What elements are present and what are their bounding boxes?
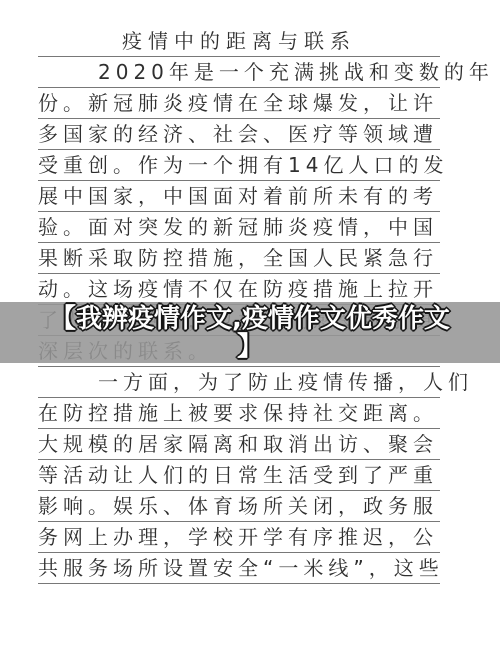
essay-line: 共服务场所设置安全“一米线”，这些	[38, 553, 440, 584]
essay-line: 份。新冠肺炎疫情在全球爆发，让许	[38, 88, 440, 119]
watermark-text-line1: 【我辨疫情作文,疫情作文优秀作文	[50, 305, 450, 333]
essay-line: 大规模的居家隔离和取消出访、聚会	[38, 429, 440, 460]
essay-line: 一方面，为了防止疫情传播，人们	[38, 367, 440, 398]
notebook-page: 疫情中的距离与联系 2020年是一个充满挑战和变数的年 份。新冠肺炎疫情在全球爆…	[0, 0, 500, 666]
watermark-text-line2: 】	[237, 333, 263, 361]
essay-line: 验。面对突发的新冠肺炎疫情，中国	[38, 212, 440, 243]
essay-line: 在防控措施上被要求保持社交距离。	[38, 398, 440, 429]
essay-line: 受重创。作为一个拥有14亿人口的发	[38, 150, 440, 181]
essay-line: 动。这场疫情不仅在防疫措施上拉开	[38, 274, 440, 305]
essay-line: 果断采取防控措施，全国人民紧急行	[38, 243, 440, 274]
essay-line: 等活动让人们的日常生活受到了严重	[38, 460, 440, 491]
essay-line: 展中国家，中国面对着前所未有的考	[38, 181, 440, 212]
essay-line: 务网上办理，学校开学有序推迟，公	[38, 522, 440, 553]
watermark-banner: 【我辨疫情作文,疫情作文优秀作文 】	[0, 302, 500, 363]
title-row: 疫情中的距离与联系	[38, 26, 440, 57]
essay-line: 影响。娱乐、体育场所关闭，政务服	[38, 491, 440, 522]
essay-line: 多国家的经济、社会、医疗等领域遭	[38, 119, 440, 150]
essay-line: 2020年是一个充满挑战和变数的年	[38, 57, 440, 88]
essay-title: 疫情中的距离与联系	[122, 29, 356, 53]
